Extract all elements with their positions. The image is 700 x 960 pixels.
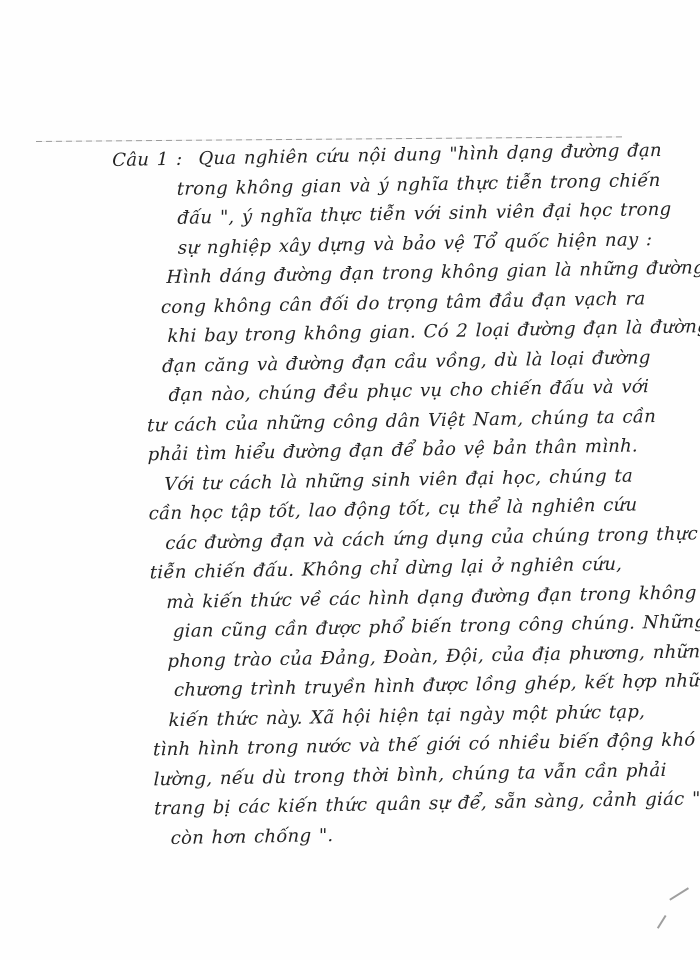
question-label: Câu 1 :: [112, 145, 183, 176]
scanned-document-page: Câu 1 : Qua nghiên cứu nội dung "hình dạ…: [0, 0, 700, 960]
pen-mark: [669, 887, 688, 900]
handwritten-text-block: Câu 1 : Qua nghiên cứu nội dung "hình dạ…: [112, 136, 691, 854]
pen-mark: [657, 915, 666, 929]
